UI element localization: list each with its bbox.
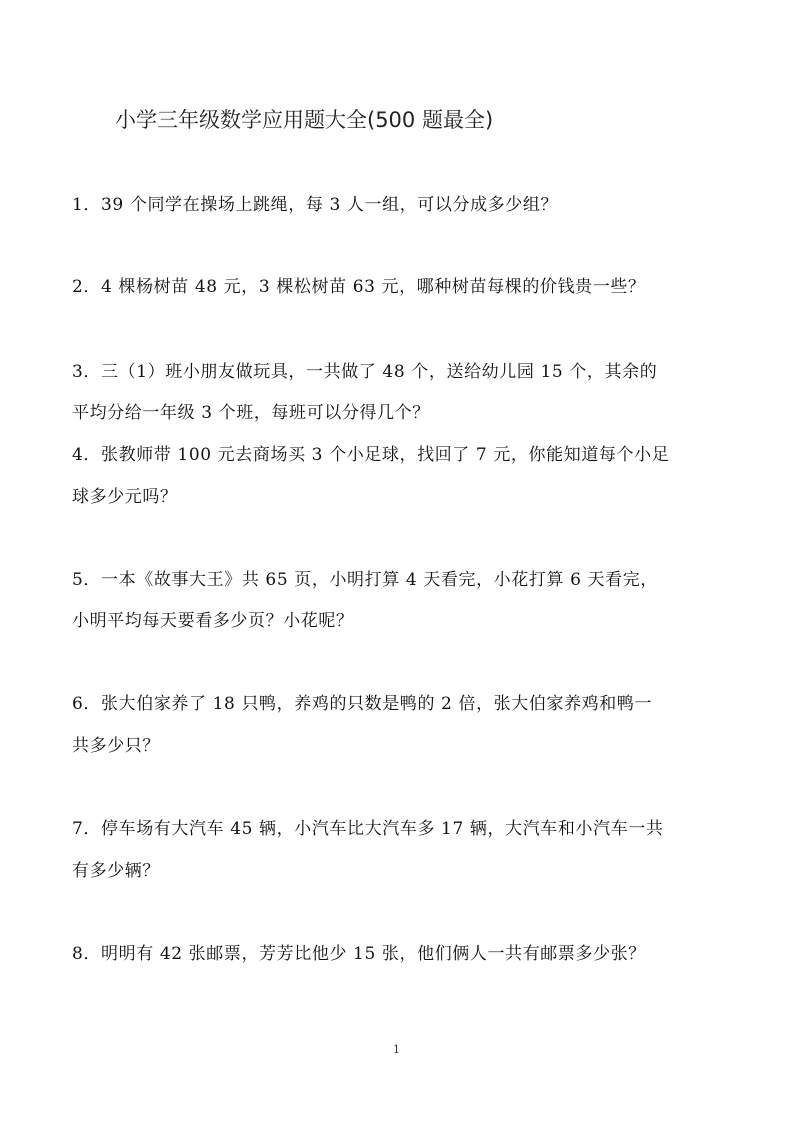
question-6-line-2: 共多少只？ bbox=[72, 731, 160, 756]
question-5-line-1: 5．一本《故事大王》共 65 页，小明打算 4 天看完，小花打算 6 天看完， bbox=[72, 565, 658, 590]
question-4-line-2: 球多少元吗？ bbox=[72, 482, 178, 507]
question-1-line-1: 1．39 个同学在操场上跳绳，每 3 人一组，可以分成多少组？ bbox=[72, 190, 558, 215]
page-number: 1 bbox=[393, 1043, 400, 1056]
question-2-line-1: 2．4 棵杨树苗 48 元，3 棵松树苗 63 元，哪种树苗每棵的价钱贵一些？ bbox=[72, 272, 646, 297]
document-title: 小学三年级数学应用题大全(500 题最全) bbox=[115, 104, 493, 134]
question-5-line-2: 小明平均每天要看多少页？小花呢？ bbox=[72, 606, 354, 631]
question-7-line-2: 有多少辆？ bbox=[72, 856, 160, 881]
question-3-line-2: 平均分给一年级 3 个班，每班可以分得几个？ bbox=[72, 398, 430, 423]
question-3-line-1: 3．三（1）班小朋友做玩具，一共做了 48 个，送给幼儿园 15 个，其余的 bbox=[72, 357, 657, 382]
question-7-line-1: 7．停车场有大汽车 45 辆，小汽车比大汽车多 17 辆，大汽车和小汽车一共 bbox=[72, 814, 664, 839]
question-8-line-1: 8．明明有 42 张邮票，芳芳比他少 15 张，他们俩人一共有邮票多少张？ bbox=[72, 939, 646, 964]
question-6-line-1: 6．张大伯家养了 18 只鸭，养鸡的只数是鸭的 2 倍，张大伯家养鸡和鸭一 bbox=[72, 689, 652, 714]
question-4-line-1: 4．张教师带 100 元去商场买 3 个小足球，找回了 7 元，你能知道每个小足 bbox=[72, 440, 669, 465]
